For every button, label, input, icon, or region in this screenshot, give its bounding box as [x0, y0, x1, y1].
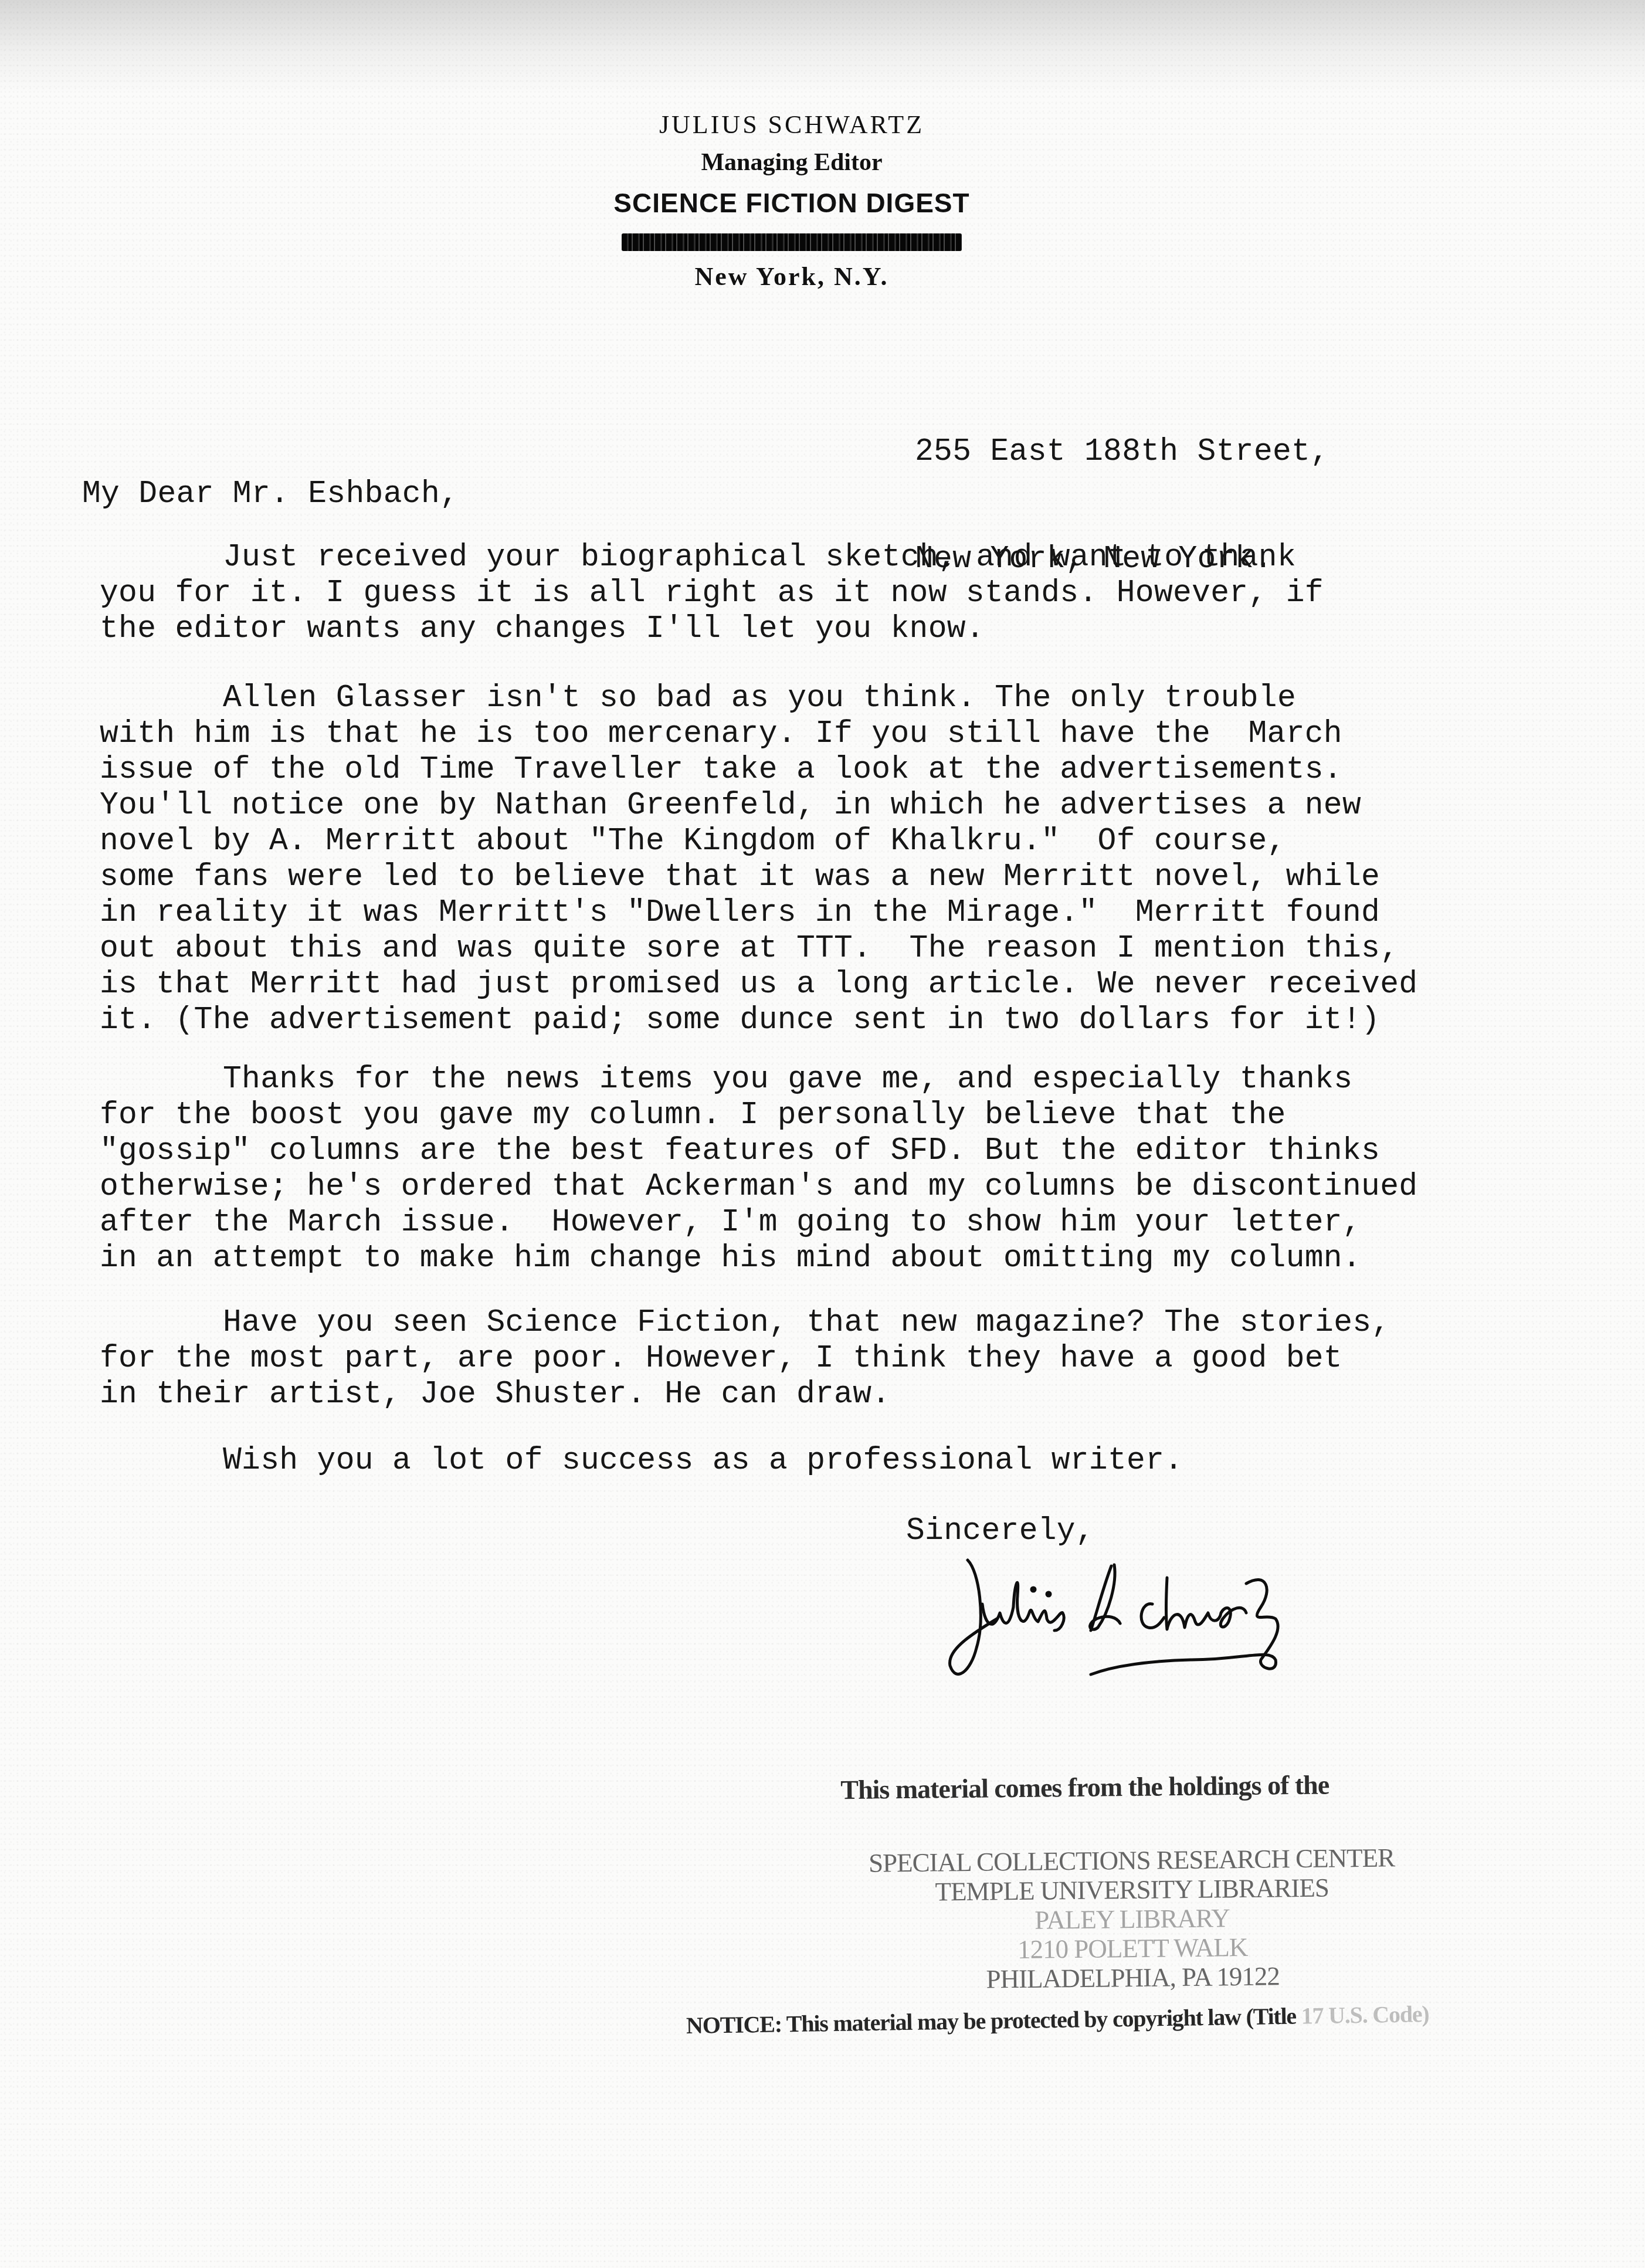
text-line: Wish you a lot of success as a professio…: [100, 1443, 1183, 1479]
salutation: My Dear Mr. Eshbach,: [82, 476, 459, 512]
text-line: Allen Glasser isn't so bad as you think.…: [100, 680, 1417, 716]
letter-page: JULIUS SCHWARTZ Managing Editor SCIENCE …: [0, 0, 1645, 2268]
address-line-1: 255 East 188th Street,: [915, 434, 1329, 470]
text-line: in their artist, Joe Shuster. He can dra…: [100, 1377, 1390, 1412]
stamp-line: PHILADELPHIA, PA 19122: [810, 1960, 1455, 1996]
paragraph-3: Thanks for the news items you gave me, a…: [100, 1062, 1417, 1276]
text-line: in reality it was Merritt's "Dwellers in…: [100, 895, 1417, 931]
letterhead-city: New York, N.Y.: [528, 257, 1056, 296]
paragraph-2: Allen Glasser isn't so bad as you think.…: [100, 680, 1417, 1038]
notice-faded-text: 17 U.S. Code): [1296, 2001, 1429, 2029]
paragraph-5: Wish you a lot of success as a professio…: [100, 1443, 1183, 1479]
paragraph-1: Just received your biographical sketch, …: [100, 540, 1324, 647]
archive-stamp: This material comes from the holdings of…: [808, 1768, 1456, 1995]
stamp-address: SPECIAL COLLECTIONS RESEARCH CENTER TEMP…: [809, 1842, 1456, 1996]
copyright-notice: NOTICE: This material may be protected b…: [686, 2000, 1429, 2039]
text-line: it. (The advertisement paid; some dunce …: [100, 1002, 1417, 1038]
text-line: novel by A. Merritt about "The Kingdom o…: [100, 823, 1417, 859]
text-line: the editor wants any changes I'll let yo…: [100, 611, 1324, 647]
letterhead-publication: SCIENCE FICTION DIGEST: [528, 181, 1056, 225]
letterhead-name: JULIUS SCHWARTZ: [528, 106, 1056, 144]
letterhead-title: Managing Editor: [528, 144, 1056, 181]
handwritten-signature: [915, 1548, 1384, 1689]
text-line: some fans were led to believe that it wa…: [100, 859, 1417, 895]
paragraph-4: Have you seen Science Fiction, that new …: [100, 1305, 1390, 1412]
text-line: is that Merritt had just promised us a l…: [100, 967, 1417, 1002]
text-line: Just received your biographical sketch, …: [100, 540, 1324, 575]
text-line: out about this and was quite sore at TTT…: [100, 931, 1417, 967]
closing: Sincerely,: [906, 1513, 1094, 1549]
struck-out-line: [622, 233, 962, 251]
text-line: after the March issue. However, I'm goin…: [100, 1205, 1417, 1240]
text-line: in an attempt to make him change his min…: [100, 1240, 1417, 1276]
letterhead: JULIUS SCHWARTZ Managing Editor SCIENCE …: [528, 106, 1056, 296]
notice-text: NOTICE: This material may be protected b…: [686, 2003, 1297, 2039]
text-line: otherwise; he's ordered that Ackerman's …: [100, 1169, 1417, 1205]
stamp-header: This material comes from the holdings of…: [808, 1768, 1453, 1806]
text-line: Thanks for the news items you gave me, a…: [100, 1062, 1417, 1097]
text-line: with him is that he is too mercenary. If…: [100, 716, 1417, 752]
text-line: "gossip" columns are the best features o…: [100, 1133, 1417, 1169]
text-line: for the boost you gave my column. I pers…: [100, 1097, 1417, 1133]
text-line: Have you seen Science Fiction, that new …: [100, 1305, 1390, 1341]
text-line: you for it. I guess it is all right as i…: [100, 575, 1324, 611]
text-line: You'll notice one by Nathan Greenfeld, i…: [100, 788, 1417, 823]
text-line: issue of the old Time Traveller take a l…: [100, 752, 1417, 788]
text-line: for the most part, are poor. However, I …: [100, 1341, 1390, 1377]
